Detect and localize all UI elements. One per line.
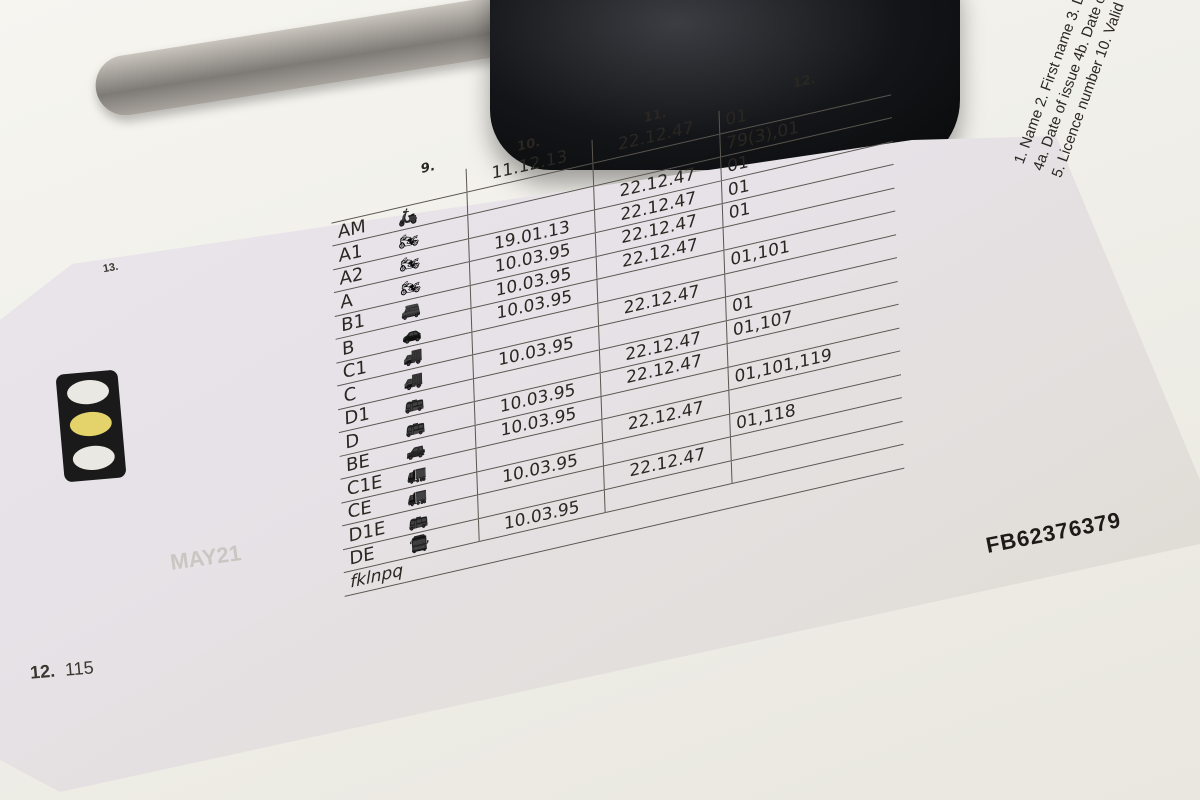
driving-licence-card: 13. MAY21 12.115 9. 10. 11. 12. 11.12.13… <box>0 0 1200 800</box>
field-legend: 1. Name 2. First name 3. Date and place … <box>1010 0 1190 181</box>
field-12-label: 12. <box>29 661 56 683</box>
field-12-value: 115 <box>64 657 94 679</box>
traffic-light-icon <box>55 370 126 483</box>
